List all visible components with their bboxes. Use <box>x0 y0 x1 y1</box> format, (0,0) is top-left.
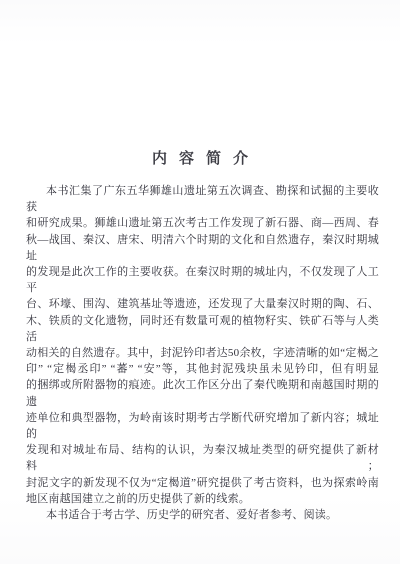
text-line: 印” “定楬丞印” “蕃” “安”等，其他封泥残块虽未见钤印，但有明显 <box>26 361 379 377</box>
text-line: 的捆绑或所附器物的痕迹。此次工作区分出了秦代晚期和南越国时期的遗 <box>26 377 379 409</box>
text-line: 动相关的自然遗存。其中，封泥钤印者达50余枚，字迹清晰的如“定楬之 <box>26 345 379 361</box>
intro-body: 本书汇集了广东五华狮雄山遗址第五次调查、勘探和试掘的主要收获 和研究成果。狮雄山… <box>26 183 379 523</box>
text-line: 木、铁质的文化遗物，同时还有数量可观的植物籽实、铁矿石等与人类活 <box>26 313 379 345</box>
text-line: 台、环壕、围沟、建筑基址等遗迹，还发现了大量秦汉时期的陶、石、 <box>26 296 379 312</box>
text-line: 的发现是此次工作的主要收获。在秦汉时期的城址内，不仅发现了人工平 <box>26 264 379 296</box>
book-page: 内容简介 本书汇集了广东五华狮雄山遗址第五次调查、勘探和试掘的主要收获 和研究成… <box>0 0 400 564</box>
text-line: 本书汇集了广东五华狮雄山遗址第五次调查、勘探和试掘的主要收获 <box>26 183 379 215</box>
text-line: 封泥文字的新发现不仅为“定楬道”研究提供了考古资料，也为探索岭南 <box>26 475 379 491</box>
text-line: 和研究成果。狮雄山遗址第五次考古工作发现了新石器、商—西周、春 <box>26 215 379 231</box>
page-title: 内容简介 <box>0 147 400 168</box>
text-line: 秋—战国、秦汉、唐宋、明清六个时期的文化和自然遗存，秦汉时期城址 <box>26 232 379 264</box>
text-line: 发现和对城址布局、结构的认识，为秦汉城址类型的研究提供了新材料； <box>26 442 379 474</box>
text-line: 迹单位和典型器物，为岭南该时期考古学断代研究增加了新内容；城址的 <box>26 410 379 442</box>
text-line: 本书适合于考古学、历史学的研究者、爱好者参考、阅读。 <box>26 507 379 523</box>
text-line: 地区南越国建立之前的历史提供了新的线索。 <box>26 491 379 507</box>
